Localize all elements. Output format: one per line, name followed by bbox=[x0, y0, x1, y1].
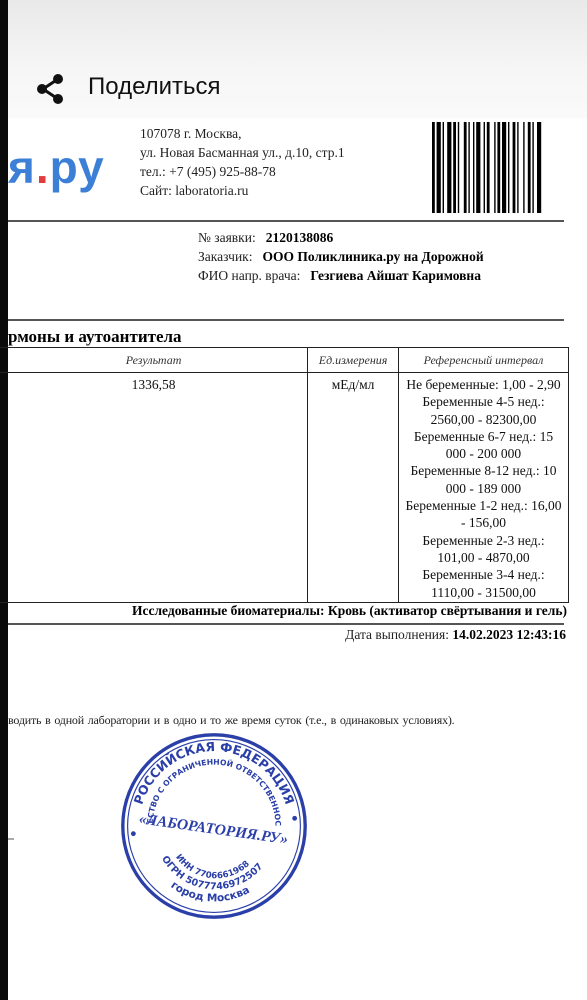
column-header-unit: Ед.измерения bbox=[308, 348, 399, 373]
address-line: 107078 г. Москва, bbox=[140, 124, 345, 143]
doctor-name: Гезгиева Айшат Каримовна bbox=[310, 268, 481, 283]
reference-line: 101,00 - 4870,00 bbox=[400, 549, 567, 566]
lab-address: 107078 г. Москва, ул. Новая Басманная ул… bbox=[140, 124, 345, 200]
customer-label: Заказчик: bbox=[198, 249, 253, 264]
order-number: 2120138086 bbox=[266, 230, 334, 245]
date-value: 14.02.2023 12:43:16 bbox=[452, 627, 566, 642]
reference-line: Беременные 4-5 нед.: bbox=[400, 393, 567, 410]
column-header-reference: Референсный интервал bbox=[398, 348, 568, 373]
reference-line: Беременные 2-3 нед.: bbox=[400, 532, 567, 549]
lab-logo: я.ру bbox=[8, 142, 105, 192]
divider bbox=[8, 319, 564, 321]
date-label: Дата выполнения: bbox=[345, 627, 449, 642]
reference-line: Беременные 6-7 нед.: 15 bbox=[400, 428, 567, 445]
order-number-label: № заявки: bbox=[198, 230, 256, 245]
reference-line: 1110,00 - 31500,00 bbox=[400, 584, 567, 601]
section-title: рмоны и аутоантитела bbox=[8, 327, 182, 347]
order-info: № заявки:2120138086 Заказчик:ООО Поликли… bbox=[198, 228, 484, 285]
reference-line: Беременные 1-2 нед.: 16,00 bbox=[400, 497, 567, 514]
reference-line: Не беременные: 1,00 - 2,90 bbox=[400, 376, 567, 393]
divider bbox=[8, 623, 564, 625]
reference-line: 000 - 189 000 bbox=[400, 480, 567, 497]
phone-line: тел.: +7 (495) 925-88-78 bbox=[140, 162, 345, 181]
reference-line: - 156,00 bbox=[400, 514, 567, 531]
customer-name: ООО Поликлиника.ру на Дорожной bbox=[263, 249, 484, 264]
reference-line: Беременные 8-12 нед.: 10 bbox=[400, 462, 567, 479]
divider bbox=[8, 220, 564, 222]
reference-line: Беременные 3-4 нед.: bbox=[400, 566, 567, 583]
share-button[interactable]: Поделиться bbox=[88, 73, 221, 101]
column-header-result: Результат bbox=[0, 348, 308, 373]
reference-interval: Не беременные: 1,00 - 2,90Беременные 4-5… bbox=[398, 373, 568, 603]
biomaterial-info: Исследованные биоматериалы: Кровь (актив… bbox=[132, 603, 567, 619]
reference-line: 000 - 200 000 bbox=[400, 445, 567, 462]
unit-value: мЕд/мл bbox=[308, 373, 399, 603]
margin-mark bbox=[8, 838, 14, 840]
completion-date: Дата выполнения: 14.02.2023 12:43:16 bbox=[345, 627, 566, 643]
results-table: Результат Ед.измерения Референсный интер… bbox=[0, 347, 569, 603]
table-row: 1336,58 мЕд/мл Не беременные: 1,00 - 2,9… bbox=[0, 373, 569, 603]
doctor-label: ФИО напр. врача: bbox=[198, 268, 300, 283]
barcode bbox=[430, 120, 558, 215]
svg-text:«ЛАБОРАТОРИЯ.РУ»: «ЛАБОРАТОРИЯ.РУ» bbox=[138, 810, 289, 848]
result-value: 1336,58 bbox=[0, 373, 308, 603]
lab-stamp: РОССИЙСКАЯ ФЕДЕРАЦИЯ ОБЩЕСТВО С ОГРАНИЧЕ… bbox=[118, 730, 310, 922]
address-line: ул. Новая Басманная ул., д.10, стр.1 bbox=[140, 143, 345, 162]
footnote: водить в одной лаборатории и в одно и то… bbox=[8, 713, 454, 728]
share-icon[interactable] bbox=[35, 73, 65, 105]
reference-line: 2560,00 - 82300,00 bbox=[400, 411, 567, 428]
website-line: Сайт: laboratoria.ru bbox=[140, 181, 345, 200]
